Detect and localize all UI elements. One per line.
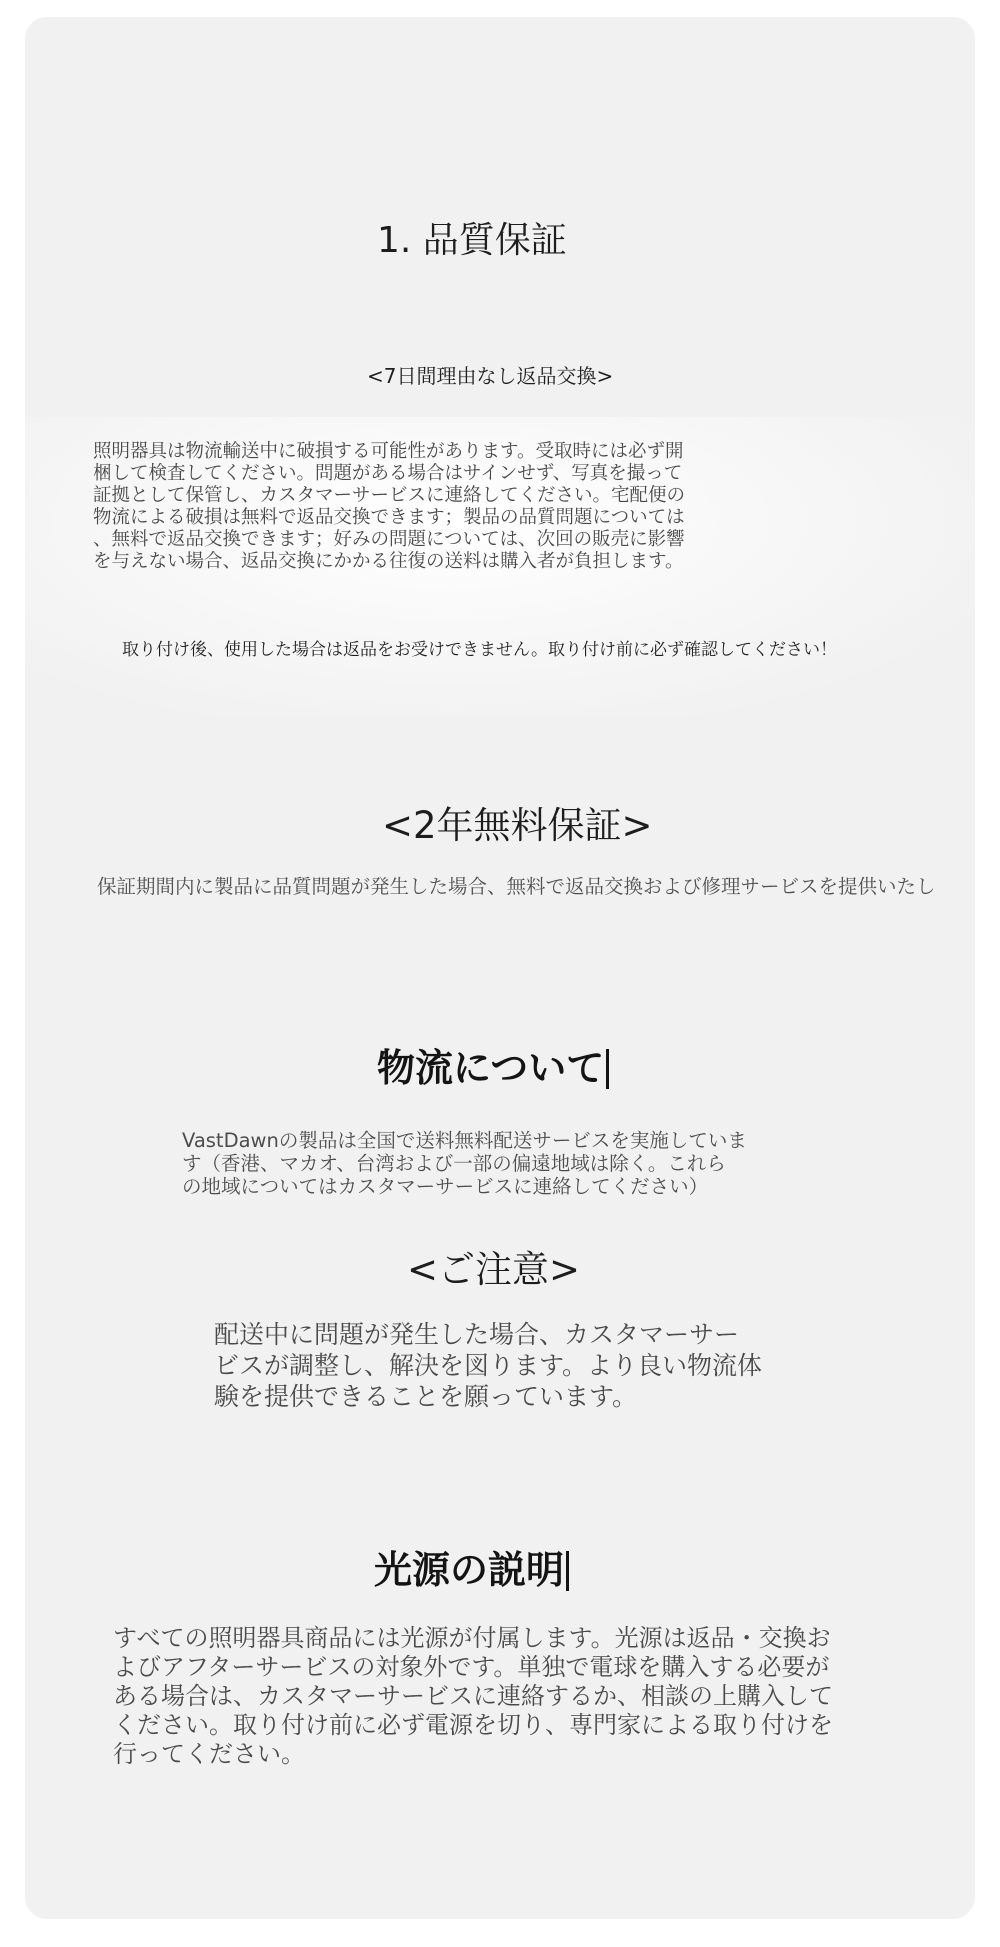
notice-body: 配送中に問題が発生した場合、カスタマーサー ビスが調整し、解決を図ります。より良… xyxy=(214,1319,762,1412)
install-notice: 取り付け後、使用した場合は返品をお受けできません。取り付け前に必ず確認してくださ… xyxy=(122,635,837,660)
text-cursor-icon xyxy=(606,1049,609,1089)
warranty-heading: <2年無料保証> xyxy=(382,795,653,849)
light-source-title: 光源の説明 xyxy=(374,1548,564,1592)
logistics-body: VastDawnの製品は全国で送料無料配送サービスを実施していま す（香港、マカ… xyxy=(182,1129,747,1198)
quality-title: 1. 品質保証 xyxy=(377,212,567,263)
policy-card: 1. 品質保証 <7日間理由なし返品交換> 照明器具は物流輸送中に破損する可能性… xyxy=(25,17,975,1919)
notice-heading: <ご注意> xyxy=(407,1239,580,1293)
return-policy-body: 照明器具は物流輸送中に破損する可能性があります。受取時には必ず開 梱して検査して… xyxy=(93,441,685,573)
text-cursor-icon xyxy=(566,1551,569,1591)
light-source-body: すべての照明器具商品には光源が付属します。光源は返品・交換お よびアフターサービ… xyxy=(113,1624,833,1769)
warranty-body: 保証期間内に製品に品質問題が発生した場合、無料で返品交換および修理サービスを提供… xyxy=(97,871,936,899)
logistics-title-wrap: 物流について xyxy=(377,1037,609,1092)
return-policy-heading: <7日間理由なし返品交換> xyxy=(367,360,613,389)
logistics-title: 物流について xyxy=(377,1046,604,1090)
light-source-title-wrap: 光源の説明 xyxy=(374,1539,569,1594)
